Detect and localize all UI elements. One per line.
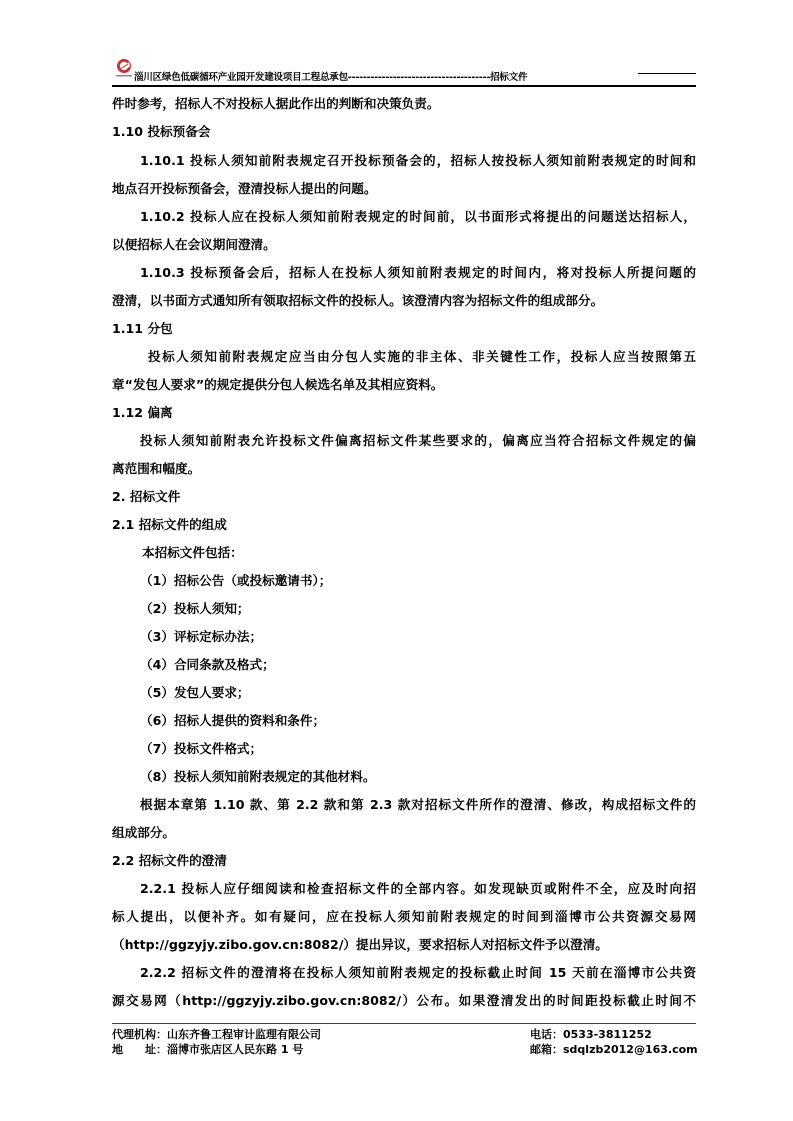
paragraph-line: 2.2.2 招标文件的澄清将在投标人须知前附表规定的投标截止时间 15 天前在淄… xyxy=(140,965,696,981)
paragraph-line: 2.2.1 投标人应仔细阅读和检查招标文件的全部内容。如发现缺页或附件不全，应及… xyxy=(140,881,696,897)
document-title: 淄川区绿色低碳循环产业园开发建设项目工程总承包-----------------… xyxy=(134,69,527,83)
footer-email: 邮箱：sdqlzb2012@163.com xyxy=(530,1041,698,1057)
paragraph-line: 章“发包人要求”的规定提供分包人候选名单及其相应资料。 xyxy=(112,377,443,393)
email-label: 邮箱： xyxy=(530,1043,563,1056)
list-item: （3）评标定标办法； xyxy=(140,629,262,645)
section-heading: 1.10 投标预备会 xyxy=(112,124,210,140)
paragraph-line: 1.10.2 投标人应在投标人须知前附表规定的时间前，以书面形式将提出的问题送达… xyxy=(140,209,696,225)
paragraph-line: 源交易网（http://ggzyjy.zibo.gov.cn:8082/）公布。… xyxy=(112,993,696,1009)
address-label: 地 址： xyxy=(112,1043,167,1056)
phone-label: 电话： xyxy=(530,1028,563,1041)
list-item: （2）投标人须知； xyxy=(140,601,250,617)
header-short-rule xyxy=(638,73,696,74)
section-heading: 2.2 招标文件的澄清 xyxy=(112,853,227,869)
list-item: （7）投标文件格式； xyxy=(140,741,262,757)
section-heading: 2. 招标文件 xyxy=(112,489,180,505)
section-heading: 1.12 偏离 xyxy=(112,405,173,421)
header-rule xyxy=(112,85,696,87)
paragraph-line: 澄清，以书面方式通知所有领取招标文件的投标人。该澄清内容为招标文件的组成部分。 xyxy=(112,293,603,309)
agency-value: 山东齐鲁工程审计监理有限公司 xyxy=(167,1028,321,1041)
footer-rule xyxy=(112,1023,696,1024)
footer-address: 地 址：淄博市张店区人民东路 1 号 xyxy=(112,1041,303,1057)
footer-phone: 电话：0533-3811252 xyxy=(530,1026,652,1042)
footer-agency: 代理机构：山东齐鲁工程审计监理有限公司 xyxy=(112,1026,321,1042)
list-item: （1）招标公告（或投标邀请书）； xyxy=(140,573,331,589)
paragraph-line: 本招标文件包括： xyxy=(142,545,243,561)
paragraph-line: 根据本章第 1.10 款、第 2.2 款和第 2.3 款对招标文件所作的澄清、修… xyxy=(140,797,696,813)
phone-value: 0533-3811252 xyxy=(563,1028,652,1041)
list-item: （5）发包人要求； xyxy=(140,685,250,701)
paragraph-line: （http://ggzyjy.zibo.gov.cn:8082/）提出异议，要求… xyxy=(112,937,608,953)
paragraph-line: 标人提出，以便补齐。如有疑问，应在投标人须知前附表规定的时间到淄博市公共资源交易… xyxy=(112,909,696,925)
paragraph-line: 1.10.3 投标预备会后，招标人在投标人须知前附表规定的时间内，将对投标人所提… xyxy=(140,265,696,281)
paragraph-line: 1.10.1 投标人须知前附表规定召开投标预备会的，招标人按投标人须知前附表规定… xyxy=(140,153,696,169)
paragraph-line: 离范围和幅度。 xyxy=(112,461,200,477)
email-value: sdqlzb2012@163.com xyxy=(563,1043,698,1056)
paragraph-line: 投标人须知前附表允许投标文件偏离招标文件某些要求的，偏离应当符合招标文件规定的偏 xyxy=(140,433,696,449)
paragraph-line: 组成部分。 xyxy=(112,825,175,841)
list-item: （4）合同条款及格式； xyxy=(140,657,275,673)
agency-label: 代理机构： xyxy=(112,1028,167,1041)
paragraph-line: 以便招标人在会议期间澄清。 xyxy=(112,237,276,253)
section-heading: 2.1 招标文件的组成 xyxy=(112,517,227,533)
page-header: 淄川区绿色低碳循环产业园开发建设项目工程总承包-----------------… xyxy=(112,58,696,88)
section-heading: 1.11 分包 xyxy=(112,321,173,337)
list-item: （6）招标人提供的资料和条件； xyxy=(140,713,325,729)
address-value: 淄博市张店区人民东路 1 号 xyxy=(167,1043,303,1056)
paragraph-line: 地点召开投标预备会，澄清投标人提出的问题。 xyxy=(112,181,376,197)
paragraph-line: 投标人须知前附表规定应当由分包人实施的非主体、非关键性工作，投标人应当按照第五 xyxy=(148,349,696,365)
list-item: （8）投标人须知前附表规定的其他材料。 xyxy=(140,769,375,785)
company-logo-icon xyxy=(114,58,134,80)
paragraph-line: 件时参考，招标人不对投标人据此作出的判断和决策负责。 xyxy=(112,96,439,112)
